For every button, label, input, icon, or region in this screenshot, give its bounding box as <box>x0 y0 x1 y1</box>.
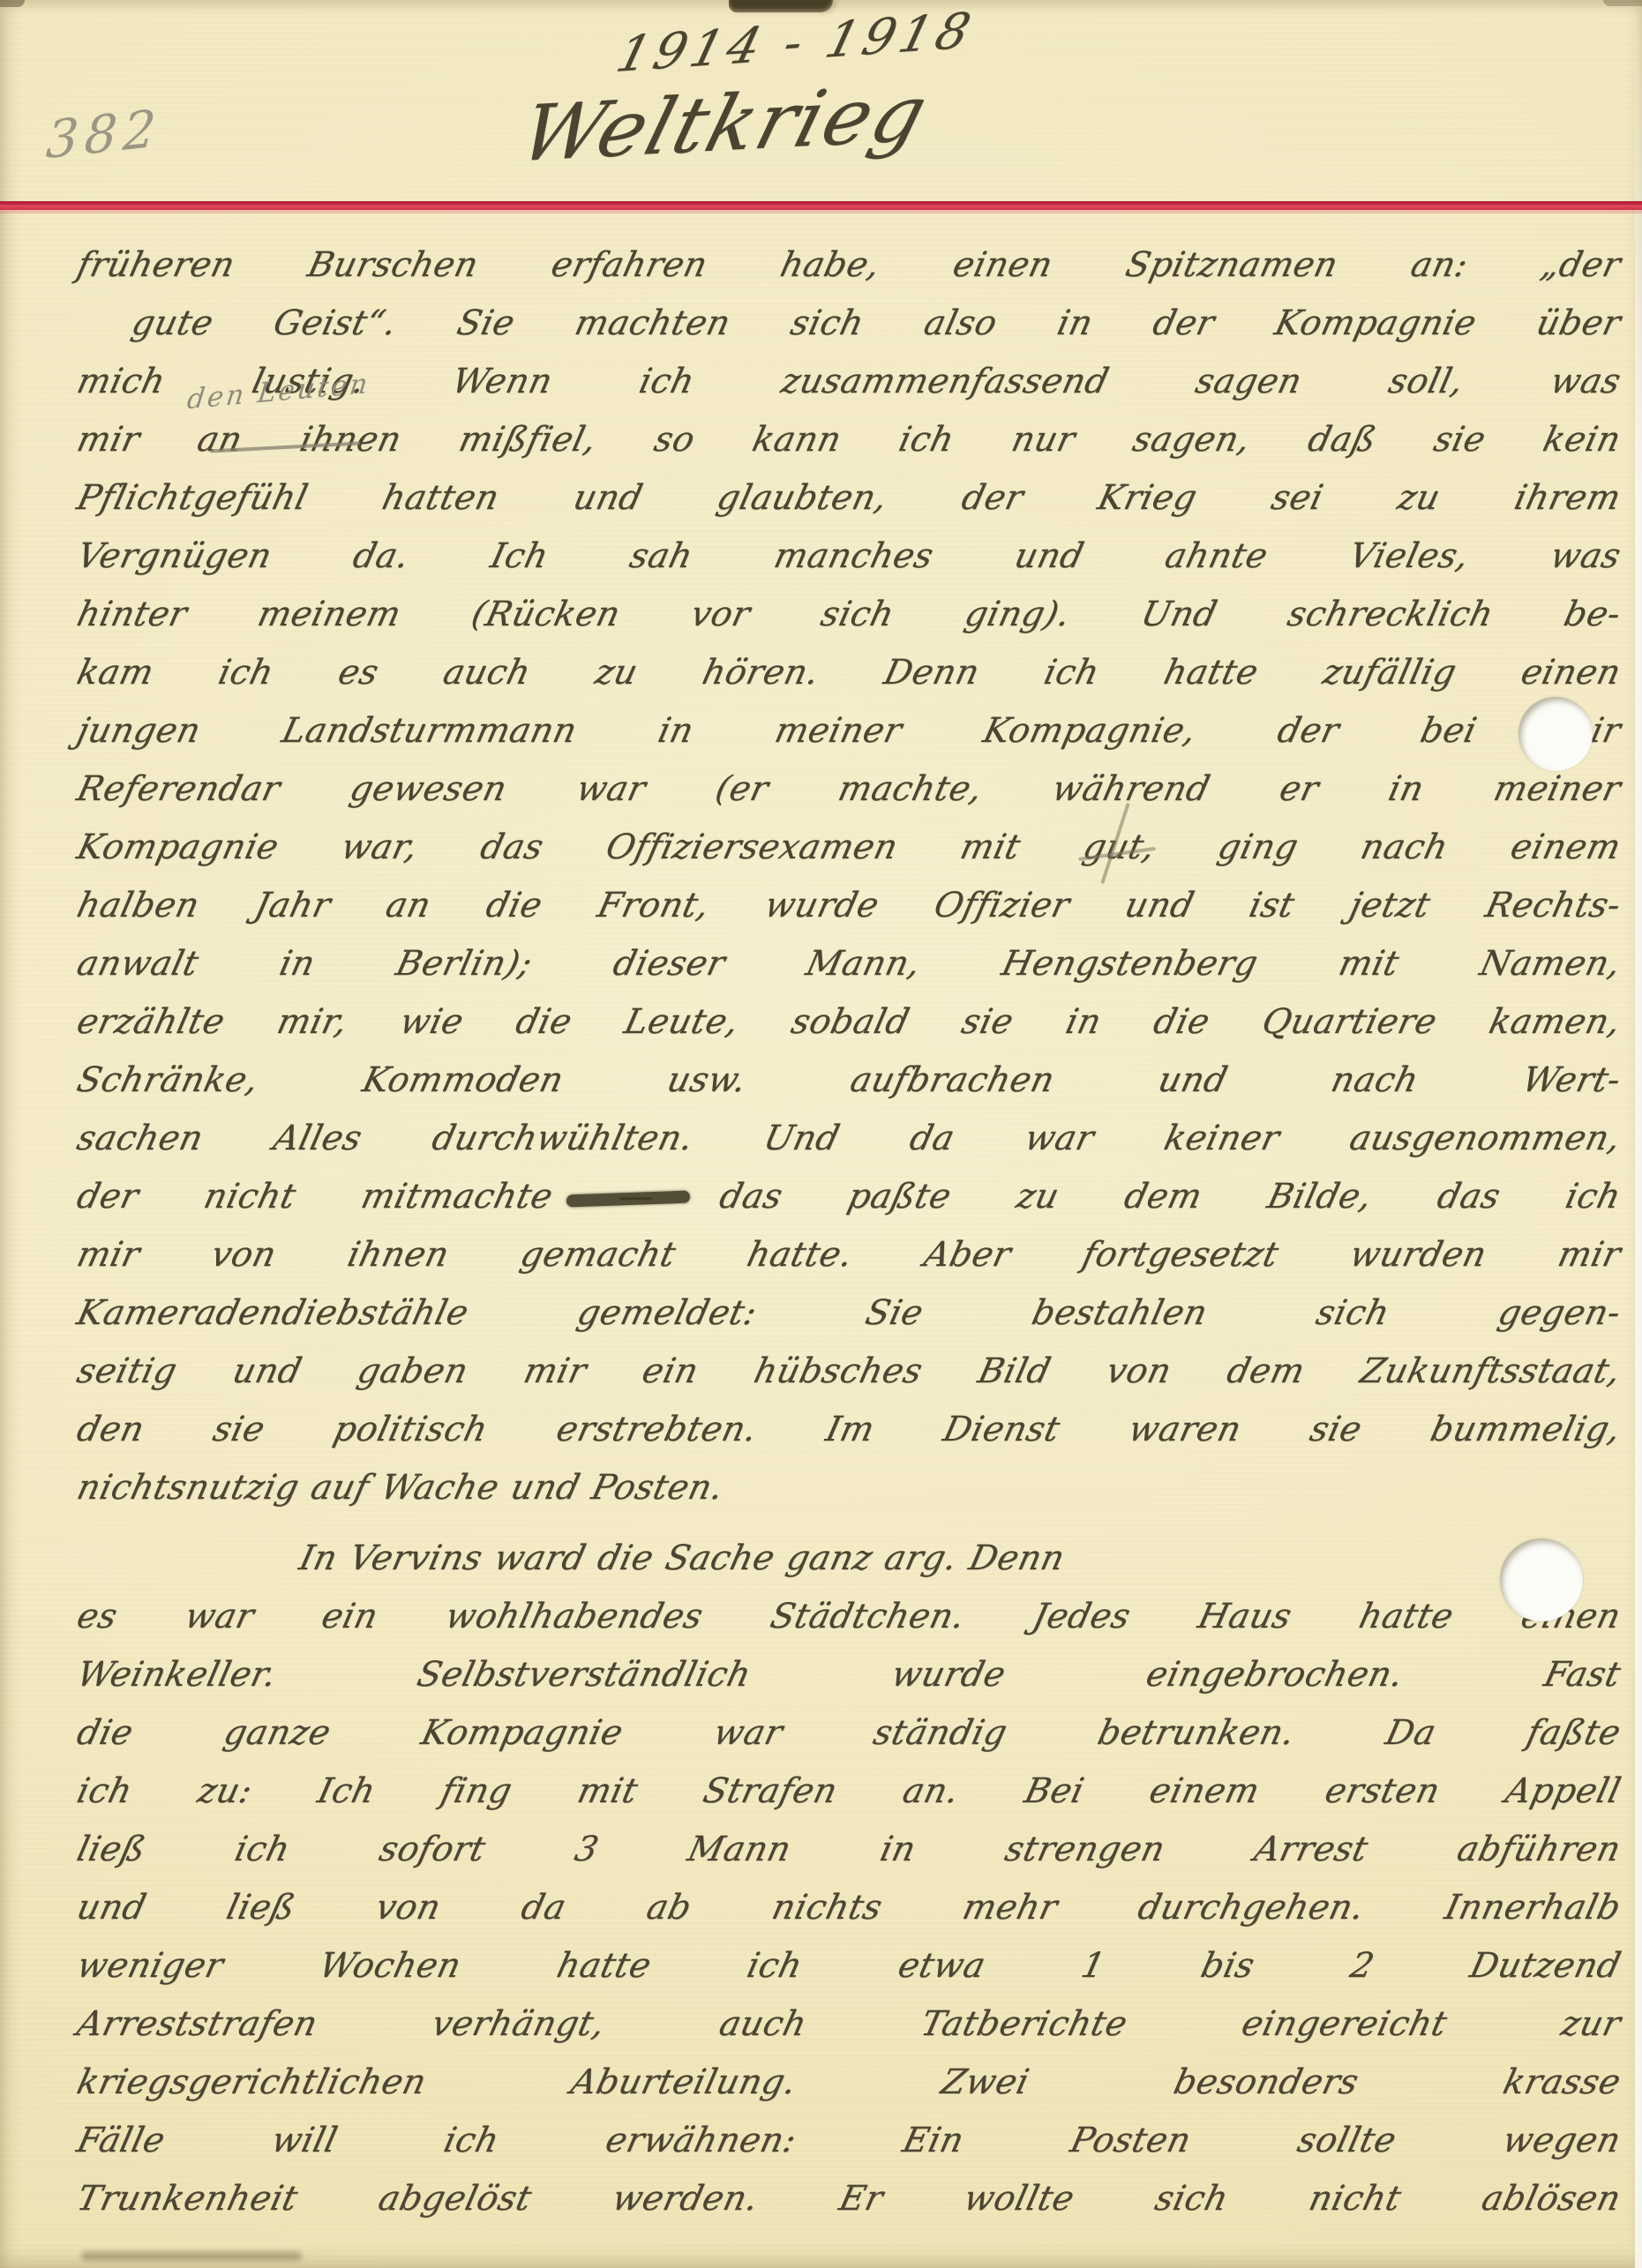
handwriting-line: ich zu: Ich fing mit Strafen an. Bei ein… <box>71 1763 1626 1821</box>
handwriting-line: Fälle will ich erwähnen: Ein Posten soll… <box>71 2112 1626 2170</box>
handwriting-line: gute Geist“. Sie machten sich also in de… <box>71 295 1626 353</box>
handwriting-line: mir von ihnen gemacht hatte. Aber fortge… <box>71 1226 1626 1284</box>
handwriting-line: Trunkenheit abgelöst werden. Er wollte s… <box>71 2170 1626 2228</box>
pencil-cross-stroke-vertical <box>1100 803 1129 885</box>
handwriting-line: weniger Wochen hatte ich etwa 1 bis 2 Du… <box>71 1937 1626 1995</box>
scan-corner-shadow-left <box>0 0 25 7</box>
handwriting-line: erzählte mir, wie die Leute, sobald sie … <box>71 993 1626 1052</box>
handwriting-line: hinter meinem (Rücken vor sich ging). Un… <box>71 586 1626 644</box>
handwriting-line: ließ ich sofort 3 Mann in strengen Arres… <box>71 1821 1626 1879</box>
handwriting-line: Weinkeller. Selbstverständlich wurde ein… <box>71 1646 1626 1704</box>
manuscript-page: 382 1914 - 1918 Weltkrieg früheren Bursc… <box>0 0 1642 2268</box>
handwriting-block: früheren Burschen erfahren habe, einen S… <box>78 236 1620 2228</box>
handwriting-line: kriegsgerichtlichen Aburteilung. Zwei be… <box>71 2054 1626 2112</box>
handwriting-line: mir an ihnen mißfiel, so kann ich nur sa… <box>71 411 1626 469</box>
handwriting-line: In Vervins ward die Sache ganz arg. Denn <box>71 1530 1626 1588</box>
hole-punch-top <box>1518 697 1593 771</box>
handwriting-line: es war ein wohlhabendes Städtchen. Jedes… <box>71 1588 1626 1646</box>
handwriting-line: Kameradendiebstähle gemeldet: Sie bestah… <box>71 1284 1626 1343</box>
handwriting-line: und ließ von da ab nichts mehr durchgehe… <box>71 1879 1626 1937</box>
hole-punch-bottom <box>1500 1538 1583 1621</box>
handwriting-line: Arreststrafen verhängt, auch Tatberichte… <box>71 1995 1626 2054</box>
pencil-cross-stroke-horizontal <box>1078 847 1156 861</box>
handwriting-line: halben Jahr an die Front, wurde Offizier… <box>71 877 1626 935</box>
document-title-weltkrieg: Weltkrieg <box>511 60 1091 179</box>
handwriting-line: anwalt in Berlin); dieser Mann, Hengsten… <box>71 935 1626 993</box>
handwriting-line: sachen Alles durchwühlten. Und da war ke… <box>71 1110 1626 1168</box>
handwriting-line: früheren Burschen erfahren habe, einen S… <box>71 236 1626 295</box>
handwriting-line: Vergnügen da. Ich sah manches und ahnte … <box>71 528 1626 586</box>
handwriting-line: Pflichtgefühl hatten und glaubten, der K… <box>71 469 1626 528</box>
handwriting-line: kam ich es auch zu hören. Denn ich hatte… <box>71 644 1626 702</box>
page-number: 382 <box>44 98 164 171</box>
pencil-cross-mark <box>1078 801 1156 887</box>
handwriting-line: Kompagnie war, das Offiziersexamen mit g… <box>71 819 1626 877</box>
handwriting-line: nichtsnutzig auf Wache und Posten. <box>71 1459 1626 1517</box>
torn-edge-notch <box>729 0 833 12</box>
scan-edge-strip <box>1635 0 1642 2268</box>
handwriting-line: die ganze Kompagnie war ständig betrunke… <box>71 1704 1626 1763</box>
handwriting-line: Referendar gewesen war (er machte, währe… <box>71 760 1626 819</box>
handwriting-line: den sie politisch erstrebten. Im Dienst … <box>71 1401 1626 1459</box>
red-rule-divider <box>0 201 1642 210</box>
handwriting-line: der nicht mitmachte — das paßte zu dem B… <box>71 1168 1626 1226</box>
handwriting-line: seitig und gaben mir ein hübsches Bild v… <box>71 1343 1626 1401</box>
bottom-edge-smudge <box>81 2251 302 2261</box>
handwriting-line: jungen Landsturmmann in meiner Kompagnie… <box>71 702 1626 760</box>
handwriting-line: Schränke, Kommoden usw. aufbrachen und n… <box>71 1052 1626 1110</box>
